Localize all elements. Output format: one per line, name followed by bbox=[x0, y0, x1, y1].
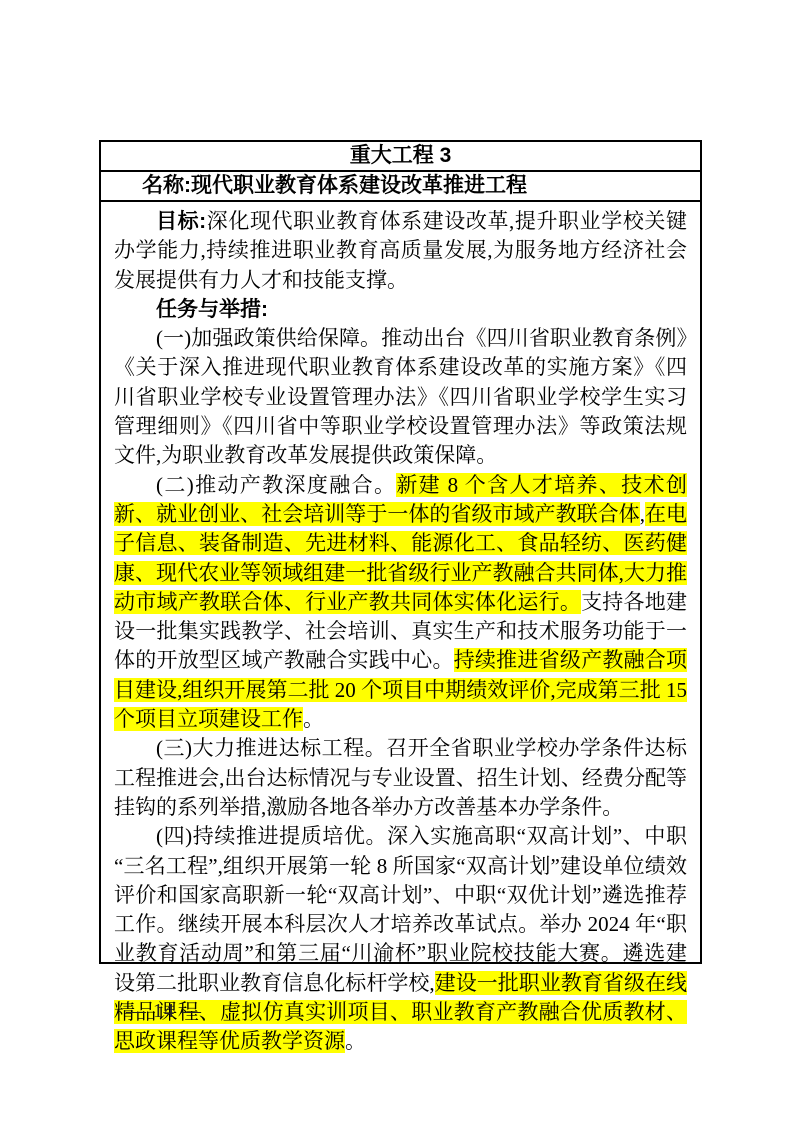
text-segment: (四)持续推进提质培优。深入实施高职“双高计划”、中职“三名工程”,组织开展第一… bbox=[114, 824, 687, 994]
project-table: 重大工程 3 名称:现代职业教育体系建设改革推进工程 目标:深化现代职业教育体系… bbox=[99, 140, 702, 964]
text-segment: 。 bbox=[303, 707, 324, 731]
document-page: { "page": { "number_label": "— 14 —" }, … bbox=[0, 0, 793, 1122]
table-header-title: 重大工程 3 bbox=[350, 144, 452, 167]
page-number: — 14 — bbox=[126, 1000, 202, 1023]
bold-label: 任务与举措: bbox=[156, 298, 268, 321]
paragraph-goal: 目标:深化现代职业教育体系建设改革,提升职业学校关键办学能力,持续推进职业教育高… bbox=[114, 207, 687, 295]
paragraph-task-2: (二)推动产教深度融合。新建 8 个含人才培养、技术创新、就业创业、社会培训等于… bbox=[114, 471, 687, 735]
paragraph-tasks-label: 任务与举措: bbox=[114, 295, 687, 324]
table-body: 目标:深化现代职业教育体系建设改革,提升职业学校关键办学能力,持续推进职业教育高… bbox=[101, 202, 700, 1057]
paragraph-task-1: (一)加强政策供给保障。推动出台《四川省职业教育条例》《关于深入推进现代职业教育… bbox=[114, 324, 687, 470]
text-segment: (一)加强政策供给保障。推动出台《四川省职业教育条例》《关于深入推进现代职业教育… bbox=[114, 326, 687, 467]
table-name-row: 名称:现代职业教育体系建设改革推进工程 bbox=[101, 172, 700, 202]
text-segment: (二)推动产教深度融合。 bbox=[156, 473, 396, 497]
table-header-row: 重大工程 3 bbox=[101, 142, 700, 172]
text-segment: (三)大力推进达标工程。召开全省职业学校办学条件达标工程推进会,出台达标情况与专… bbox=[114, 736, 687, 819]
paragraph-task-3: (三)大力推进达标工程。召开全省职业学校办学条件达标工程推进会,出台达标情况与专… bbox=[114, 734, 687, 822]
bold-label: 目标: bbox=[156, 210, 206, 233]
text-segment: 。 bbox=[345, 1029, 366, 1053]
project-name-text: 名称:现代职业教育体系建设改革推进工程 bbox=[142, 174, 527, 197]
